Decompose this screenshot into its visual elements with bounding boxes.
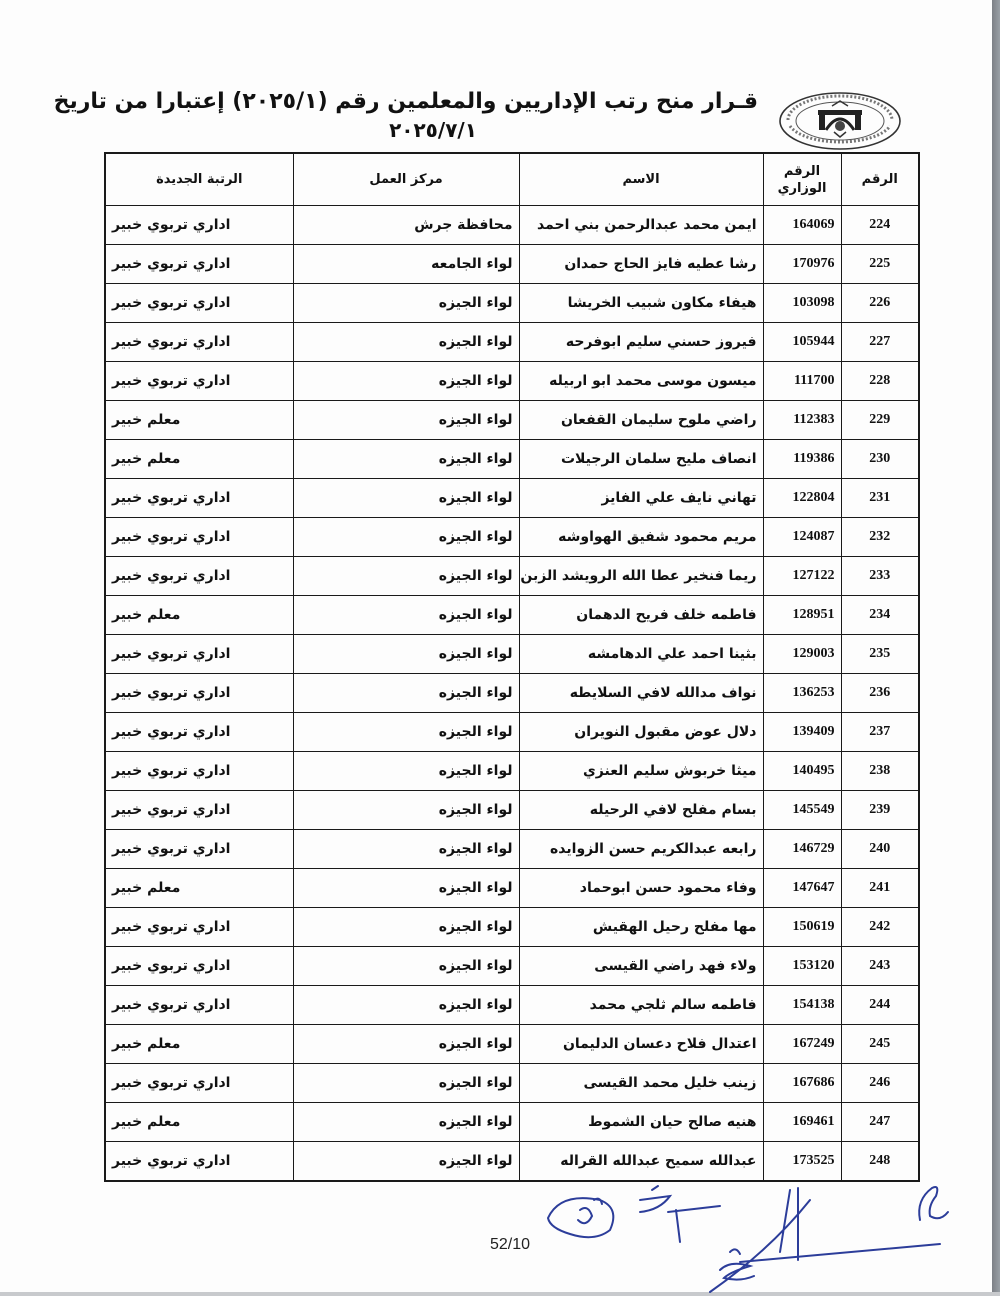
cell-new-rank: اداري تربوي خبير <box>105 284 293 323</box>
rank-text: اداري تربوي خبير <box>112 1153 230 1169</box>
table-row: 236136253نواف مدالله لافي السلايطهلواء ا… <box>105 674 919 713</box>
table-row: 239145549بسام مفلح لافي الرحيلهلواء الجي… <box>105 791 919 830</box>
cell-ministry-id: 154138 <box>763 986 841 1025</box>
cell-ministry-id: 112383 <box>763 401 841 440</box>
cell-name: مريم محمود شفيق الهواوشه <box>519 518 763 557</box>
rank-text: اداري تربوي خبير <box>112 802 230 818</box>
table-row: 229112383راضي ملوح سليمان القفعانلواء ال… <box>105 401 919 440</box>
cell-name: فيروز حسني سليم ابوفرحه <box>519 323 763 362</box>
cell-new-rank: اداري تربوي خبير <box>105 713 293 752</box>
cell-serial: 225 <box>841 245 919 284</box>
cell-work-center: لواء الجيزه <box>293 830 519 869</box>
cell-work-center: لواء الجيزه <box>293 869 519 908</box>
cell-new-rank: اداري تربوي خبير <box>105 830 293 869</box>
cell-ministry-id: 128951 <box>763 596 841 635</box>
cell-name: اعتدال فلاح دعسان الدليمان <box>519 1025 763 1064</box>
rank-text: اداري تربوي خبير <box>112 529 230 545</box>
cell-work-center: لواء الجيزه <box>293 284 519 323</box>
cell-new-rank: معلم خبير <box>105 440 293 479</box>
rank-text: اداري تربوي خبير <box>112 373 230 389</box>
cell-ministry-id: 129003 <box>763 635 841 674</box>
table-row: 237139409دلال عوض مقبول النويرانلواء الج… <box>105 713 919 752</box>
cell-ministry-id: 150619 <box>763 908 841 947</box>
cell-name: زينب خليل محمد القيسى <box>519 1064 763 1103</box>
scan-page-edge <box>992 0 1000 1296</box>
cell-work-center: لواء الجيزه <box>293 791 519 830</box>
cell-ministry-id: 147647 <box>763 869 841 908</box>
rank-text: اداري تربوي خبير <box>112 685 230 701</box>
rank-text: معلم خبير <box>112 880 180 896</box>
cell-work-center: لواء الجيزه <box>293 1025 519 1064</box>
cell-serial: 232 <box>841 518 919 557</box>
cell-work-center: لواء الجيزه <box>293 713 519 752</box>
cell-name: ميثا خربوش سليم العنزي <box>519 752 763 791</box>
table-row: 227105944فيروز حسني سليم ابوفرحهلواء الج… <box>105 323 919 362</box>
cell-new-rank: اداري تربوي خبير <box>105 479 293 518</box>
cell-new-rank: اداري تربوي خبير <box>105 986 293 1025</box>
cell-ministry-id: 164069 <box>763 206 841 245</box>
table-row: 240146729رابعه عبدالكريم حسن الزوايدهلوا… <box>105 830 919 869</box>
table-row: 234128951فاطمه خلف فريح الدهمانلواء الجي… <box>105 596 919 635</box>
header-new-rank: الرتبة الجديدة <box>105 153 293 206</box>
cell-serial: 226 <box>841 284 919 323</box>
cell-name: تهاني نايف علي الفايز <box>519 479 763 518</box>
table-row: 231122804تهاني نايف علي الفايزلواء الجيز… <box>105 479 919 518</box>
rank-text: اداري تربوي خبير <box>112 490 230 506</box>
cell-work-center: لواء الجيزه <box>293 479 519 518</box>
rank-text: معلم خبير <box>112 412 180 428</box>
table-header-row: الرقم الرقم الوزاري الاسم مركز العمل الر… <box>105 153 919 206</box>
cell-ministry-id: 170976 <box>763 245 841 284</box>
cell-serial: 247 <box>841 1103 919 1142</box>
cell-ministry-id: 136253 <box>763 674 841 713</box>
rank-text: اداري تربوي خبير <box>112 997 230 1013</box>
cell-ministry-id: 146729 <box>763 830 841 869</box>
cell-new-rank: اداري تربوي خبير <box>105 557 293 596</box>
cell-name: مها مفلح رحيل الهقيش <box>519 908 763 947</box>
cell-serial: 234 <box>841 596 919 635</box>
rank-text: معلم خبير <box>112 1114 180 1130</box>
cell-work-center: لواء الجيزه <box>293 908 519 947</box>
cell-new-rank: اداري تربوي خبير <box>105 323 293 362</box>
rank-text: معلم خبير <box>112 451 180 467</box>
signature-3 <box>710 1188 940 1292</box>
title-date: ٢٠٢٥/٧/١ <box>108 116 758 144</box>
cell-new-rank: معلم خبير <box>105 1025 293 1064</box>
cell-work-center: لواء الجيزه <box>293 1064 519 1103</box>
promotions-table: الرقم الرقم الوزاري الاسم مركز العمل الر… <box>104 152 920 1182</box>
table-row: 244154138فاطمه سالم ثلجي محمدلواء الجيزه… <box>105 986 919 1025</box>
cell-ministry-id: 122804 <box>763 479 841 518</box>
cell-name: ايمن محمد عبدالرحمن بني احمد <box>519 206 763 245</box>
rank-text: اداري تربوي خبير <box>112 334 230 350</box>
cell-new-rank: اداري تربوي خبير <box>105 635 293 674</box>
cell-new-rank: اداري تربوي خبير <box>105 947 293 986</box>
cell-new-rank: اداري تربوي خبير <box>105 245 293 284</box>
cell-work-center: لواء الجيزه <box>293 947 519 986</box>
cell-name: انصاف مليح سلمان الرجيلات <box>519 440 763 479</box>
cell-serial: 233 <box>841 557 919 596</box>
cell-serial: 235 <box>841 635 919 674</box>
cell-name: وفاء محمود حسن ابوحماد <box>519 869 763 908</box>
signature-1 <box>548 1198 613 1237</box>
page-number: 52/10 <box>490 1236 530 1254</box>
table-row: 225170976رشا عطيه فايز الحاج حمدانلواء ا… <box>105 245 919 284</box>
cell-serial: 236 <box>841 674 919 713</box>
signature-4 <box>919 1187 948 1220</box>
table-row: 242150619مها مفلح رحيل الهقيشلواء الجيزه… <box>105 908 919 947</box>
cell-serial: 229 <box>841 401 919 440</box>
cell-work-center: لواء الجيزه <box>293 986 519 1025</box>
cell-ministry-id: 111700 <box>763 362 841 401</box>
ministry-emblem-icon <box>776 90 904 152</box>
cell-name: رابعه عبدالكريم حسن الزوايده <box>519 830 763 869</box>
cell-ministry-id: 140495 <box>763 752 841 791</box>
header-ministry-id: الرقم الوزاري <box>763 153 841 206</box>
cell-name: بثينا احمد علي الدهامشه <box>519 635 763 674</box>
cell-new-rank: اداري تربوي خبير <box>105 908 293 947</box>
cell-name: ولاء فهد راضي القيسى <box>519 947 763 986</box>
cell-ministry-id: 139409 <box>763 713 841 752</box>
table-row: 230119386انصاف مليح سلمان الرجيلاتلواء ا… <box>105 440 919 479</box>
table-row: 245167249اعتدال فلاح دعسان الدليمانلواء … <box>105 1025 919 1064</box>
cell-serial: 224 <box>841 206 919 245</box>
table-row: 233127122ريما فنخير عطا الله الرويشد الز… <box>105 557 919 596</box>
table-row: 243153120ولاء فهد راضي القيسىلواء الجيزه… <box>105 947 919 986</box>
cell-work-center: لواء الجيزه <box>293 362 519 401</box>
cell-name: نواف مدالله لافي السلايطه <box>519 674 763 713</box>
cell-work-center: لواء الجيزه <box>293 752 519 791</box>
table-row: 241147647وفاء محمود حسن ابوحمادلواء الجي… <box>105 869 919 908</box>
table-row: 235129003بثينا احمد علي الدهامشهلواء الج… <box>105 635 919 674</box>
cell-ministry-id: 105944 <box>763 323 841 362</box>
rank-text: اداري تربوي خبير <box>112 256 230 272</box>
table-row: 246167686زينب خليل محمد القيسىلواء الجيز… <box>105 1064 919 1103</box>
rank-text: اداري تربوي خبير <box>112 295 230 311</box>
rank-text: اداري تربوي خبير <box>112 1075 230 1091</box>
rank-text: اداري تربوي خبير <box>112 568 230 584</box>
cell-serial: 237 <box>841 713 919 752</box>
cell-work-center: لواء الجامعه <box>293 245 519 284</box>
header-serial: الرقم <box>841 153 919 206</box>
cell-name: ريما فنخير عطا الله الرويشد الزبن <box>519 557 763 596</box>
rank-text: اداري تربوي خبير <box>112 841 230 857</box>
title-line-1: قـرار منح رتب الإداريين والمعلمين رقم (٢… <box>108 88 758 116</box>
cell-name: بسام مفلح لافي الرحيله <box>519 791 763 830</box>
cell-ministry-id: 167249 <box>763 1025 841 1064</box>
cell-serial: 228 <box>841 362 919 401</box>
cell-serial: 239 <box>841 791 919 830</box>
rank-text: اداري تربوي خبير <box>112 724 230 740</box>
cell-serial: 242 <box>841 908 919 947</box>
cell-new-rank: اداري تربوي خبير <box>105 362 293 401</box>
header-name: الاسم <box>519 153 763 206</box>
cell-new-rank: اداري تربوي خبير <box>105 1142 293 1182</box>
cell-work-center: لواء الجيزه <box>293 596 519 635</box>
rank-text: اداري تربوي خبير <box>112 763 230 779</box>
table-row: 232124087مريم محمود شفيق الهواوشهلواء ال… <box>105 518 919 557</box>
cell-serial: 240 <box>841 830 919 869</box>
cell-serial: 230 <box>841 440 919 479</box>
cell-name: ميسون موسى محمد ابو اربيله <box>519 362 763 401</box>
cell-new-rank: اداري تربوي خبير <box>105 1064 293 1103</box>
rank-text: اداري تربوي خبير <box>112 958 230 974</box>
cell-work-center: لواء الجيزه <box>293 401 519 440</box>
cell-new-rank: معلم خبير <box>105 596 293 635</box>
cell-serial: 244 <box>841 986 919 1025</box>
cell-ministry-id: 127122 <box>763 557 841 596</box>
cell-work-center: لواء الجيزه <box>293 518 519 557</box>
cell-serial: 243 <box>841 947 919 986</box>
cell-name: فاطمه خلف فريح الدهمان <box>519 596 763 635</box>
rank-text: اداري تربوي خبير <box>112 919 230 935</box>
cell-new-rank: معلم خبير <box>105 1103 293 1142</box>
cell-serial: 246 <box>841 1064 919 1103</box>
cell-ministry-id: 169461 <box>763 1103 841 1142</box>
cell-new-rank: اداري تربوي خبير <box>105 752 293 791</box>
rank-text: اداري تربوي خبير <box>112 217 230 233</box>
rank-text: معلم خبير <box>112 1036 180 1052</box>
cell-name: راضي ملوح سليمان القفعان <box>519 401 763 440</box>
cell-serial: 227 <box>841 323 919 362</box>
cell-ministry-id: 119386 <box>763 440 841 479</box>
cell-serial: 231 <box>841 479 919 518</box>
cell-ministry-id: 153120 <box>763 947 841 986</box>
document-title: قـرار منح رتب الإداريين والمعلمين رقم (٢… <box>108 88 758 144</box>
cell-new-rank: معلم خبير <box>105 869 293 908</box>
table-row: 238140495ميثا خربوش سليم العنزيلواء الجي… <box>105 752 919 791</box>
cell-new-rank: اداري تربوي خبير <box>105 791 293 830</box>
cell-work-center: لواء الجيزه <box>293 323 519 362</box>
cell-name: رشا عطيه فايز الحاج حمدان <box>519 245 763 284</box>
cell-ministry-id: 124087 <box>763 518 841 557</box>
cell-name: هنيه صالح حيان الشموط <box>519 1103 763 1142</box>
cell-name: دلال عوض مقبول النويران <box>519 713 763 752</box>
cell-work-center: محافظة جرش <box>293 206 519 245</box>
cell-work-center: لواء الجيزه <box>293 674 519 713</box>
cell-work-center: لواء الجيزه <box>293 1142 519 1182</box>
signature-2 <box>640 1186 720 1242</box>
cell-new-rank: معلم خبير <box>105 401 293 440</box>
cell-name: هيفاء مكاون شبيب الخريشا <box>519 284 763 323</box>
rank-text: معلم خبير <box>112 607 180 623</box>
cell-serial: 241 <box>841 869 919 908</box>
cell-serial: 245 <box>841 1025 919 1064</box>
cell-new-rank: اداري تربوي خبير <box>105 518 293 557</box>
cell-new-rank: اداري تربوي خبير <box>105 206 293 245</box>
table-row: 226103098هيفاء مكاون شبيب الخريشالواء ال… <box>105 284 919 323</box>
cell-ministry-id: 167686 <box>763 1064 841 1103</box>
cell-serial: 238 <box>841 752 919 791</box>
cell-ministry-id: 103098 <box>763 284 841 323</box>
cell-work-center: لواء الجيزه <box>293 557 519 596</box>
cell-name: فاطمه سالم ثلجي محمد <box>519 986 763 1025</box>
cell-new-rank: اداري تربوي خبير <box>105 674 293 713</box>
table-row: 228111700ميسون موسى محمد ابو اربيلهلواء … <box>105 362 919 401</box>
rank-text: اداري تربوي خبير <box>112 646 230 662</box>
table-row: 247169461هنيه صالح حيان الشموطلواء الجيز… <box>105 1103 919 1142</box>
cell-work-center: لواء الجيزه <box>293 440 519 479</box>
signatures-area <box>540 1160 960 1296</box>
cell-work-center: لواء الجيزه <box>293 635 519 674</box>
table-row: 224164069ايمن محمد عبدالرحمن بني احمدمحا… <box>105 206 919 245</box>
header-work-center: مركز العمل <box>293 153 519 206</box>
cell-work-center: لواء الجيزه <box>293 1103 519 1142</box>
cell-ministry-id: 145549 <box>763 791 841 830</box>
